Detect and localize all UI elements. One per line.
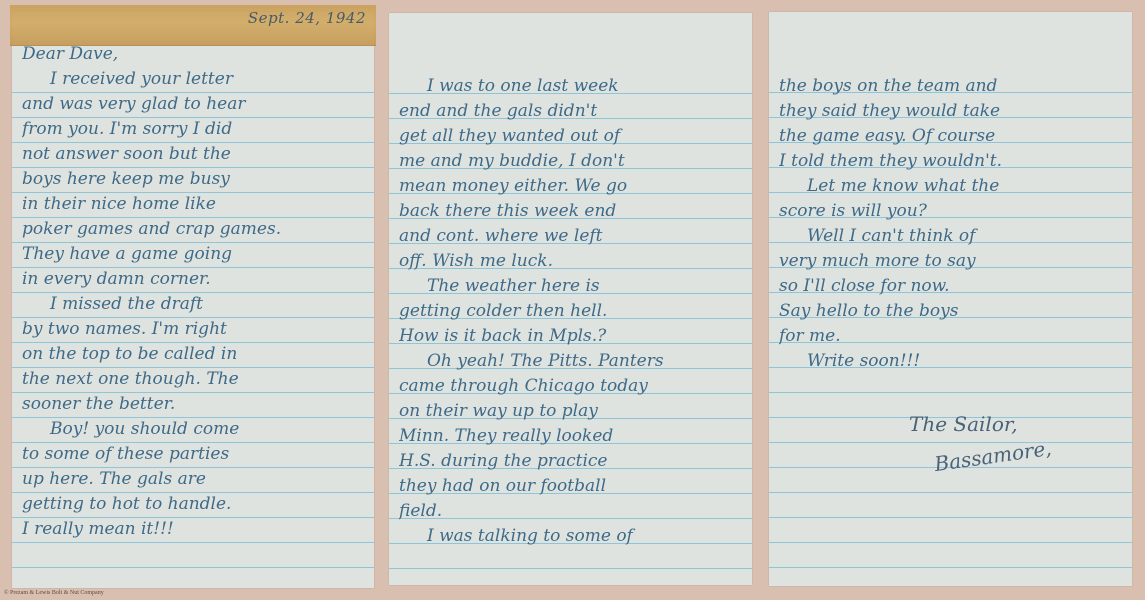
handwritten-line: and was very glad to hear bbox=[22, 92, 364, 117]
handwritten-line: field. bbox=[399, 499, 742, 524]
handwritten-line: score is will you? bbox=[779, 199, 1122, 224]
handwritten-line: getting to hot to handle. bbox=[22, 492, 364, 517]
handwritten-line: get all they wanted out of bbox=[399, 124, 742, 149]
handwritten-line: Dear Dave, bbox=[22, 42, 364, 67]
handwritten-line: on the top to be called in bbox=[22, 342, 364, 367]
handwritten-line: the next one though. The bbox=[22, 367, 364, 392]
handwritten-line: I was talking to some of bbox=[399, 524, 742, 549]
handwritten-line: Write soon!!! bbox=[779, 349, 1122, 374]
handwritten-line: end and the gals didn't bbox=[399, 99, 742, 124]
handwritten-line: sooner the better. bbox=[22, 392, 364, 417]
handwritten-line: boys here keep me busy bbox=[22, 167, 364, 192]
handwritten-line: up here. The gals are bbox=[22, 467, 364, 492]
letter-page-2: I was to one last weekend and the gals d… bbox=[389, 13, 752, 585]
handwritten-line: came through Chicago today bbox=[399, 374, 742, 399]
handwritten-line: to some of these parties bbox=[22, 442, 364, 467]
page-2-text: I was to one last weekend and the gals d… bbox=[389, 74, 752, 549]
handwritten-line: getting colder then hell. bbox=[399, 299, 742, 324]
signature-closing: The Sailor, bbox=[909, 412, 1018, 436]
handwritten-line: Well I can't think of bbox=[779, 224, 1122, 249]
letter-page-3: the boys on the team andthey said they w… bbox=[769, 12, 1132, 586]
handwritten-line: they said they would take bbox=[779, 99, 1122, 124]
handwritten-line: from you. I'm sorry I did bbox=[22, 117, 364, 142]
handwritten-line: me and my buddie, I don't bbox=[399, 149, 742, 174]
letter-page-1: Sept. 24, 1942 Dear Dave,I received your… bbox=[12, 12, 374, 588]
handwritten-line: very much more to say bbox=[779, 249, 1122, 274]
handwritten-line: they had on our football bbox=[399, 474, 742, 499]
handwritten-line: Say hello to the boys bbox=[779, 299, 1122, 324]
handwritten-line: Minn. They really looked bbox=[399, 424, 742, 449]
handwritten-line: They have a game going bbox=[22, 242, 364, 267]
handwritten-line: H.S. during the practice bbox=[399, 449, 742, 474]
handwritten-line: Let me know what the bbox=[779, 174, 1122, 199]
handwritten-line: poker games and crap games. bbox=[22, 217, 364, 242]
handwritten-line: I received your letter bbox=[22, 67, 364, 92]
copyright-notice: © Prezam & Lewis Bolt & Nut Company bbox=[4, 590, 104, 596]
page-3-text: the boys on the team andthey said they w… bbox=[769, 74, 1132, 374]
handwritten-line: How is it back in Mpls.? bbox=[399, 324, 742, 349]
handwritten-line: the game easy. Of course bbox=[779, 124, 1122, 149]
handwritten-line: I missed the draft bbox=[22, 292, 364, 317]
handwritten-line: I told them they wouldn't. bbox=[779, 149, 1122, 174]
signature-name: Bassamore, bbox=[933, 436, 1053, 476]
handwritten-line: by two names. I'm right bbox=[22, 317, 364, 342]
handwritten-line: mean money either. We go bbox=[399, 174, 742, 199]
page-1-text: Dear Dave,I received your letterand was … bbox=[12, 42, 374, 542]
handwritten-line: and cont. where we left bbox=[399, 224, 742, 249]
handwritten-line: Oh yeah! The Pitts. Panters bbox=[399, 349, 742, 374]
handwritten-line: on their way up to play bbox=[399, 399, 742, 424]
handwritten-line: in every damn corner. bbox=[22, 267, 364, 292]
handwritten-line: The weather here is bbox=[399, 274, 742, 299]
handwritten-line: I really mean it!!! bbox=[22, 517, 364, 542]
handwritten-line: Boy! you should come bbox=[22, 417, 364, 442]
handwritten-line: not answer soon but the bbox=[22, 142, 364, 167]
letter-date: Sept. 24, 1942 bbox=[248, 9, 366, 27]
handwritten-line: in their nice home like bbox=[22, 192, 364, 217]
handwritten-line: off. Wish me luck. bbox=[399, 249, 742, 274]
handwritten-line: back there this week end bbox=[399, 199, 742, 224]
handwritten-line: the boys on the team and bbox=[779, 74, 1122, 99]
handwritten-line: I was to one last week bbox=[399, 74, 742, 99]
handwritten-line: so I'll close for now. bbox=[779, 274, 1122, 299]
handwritten-line: for me. bbox=[779, 324, 1122, 349]
